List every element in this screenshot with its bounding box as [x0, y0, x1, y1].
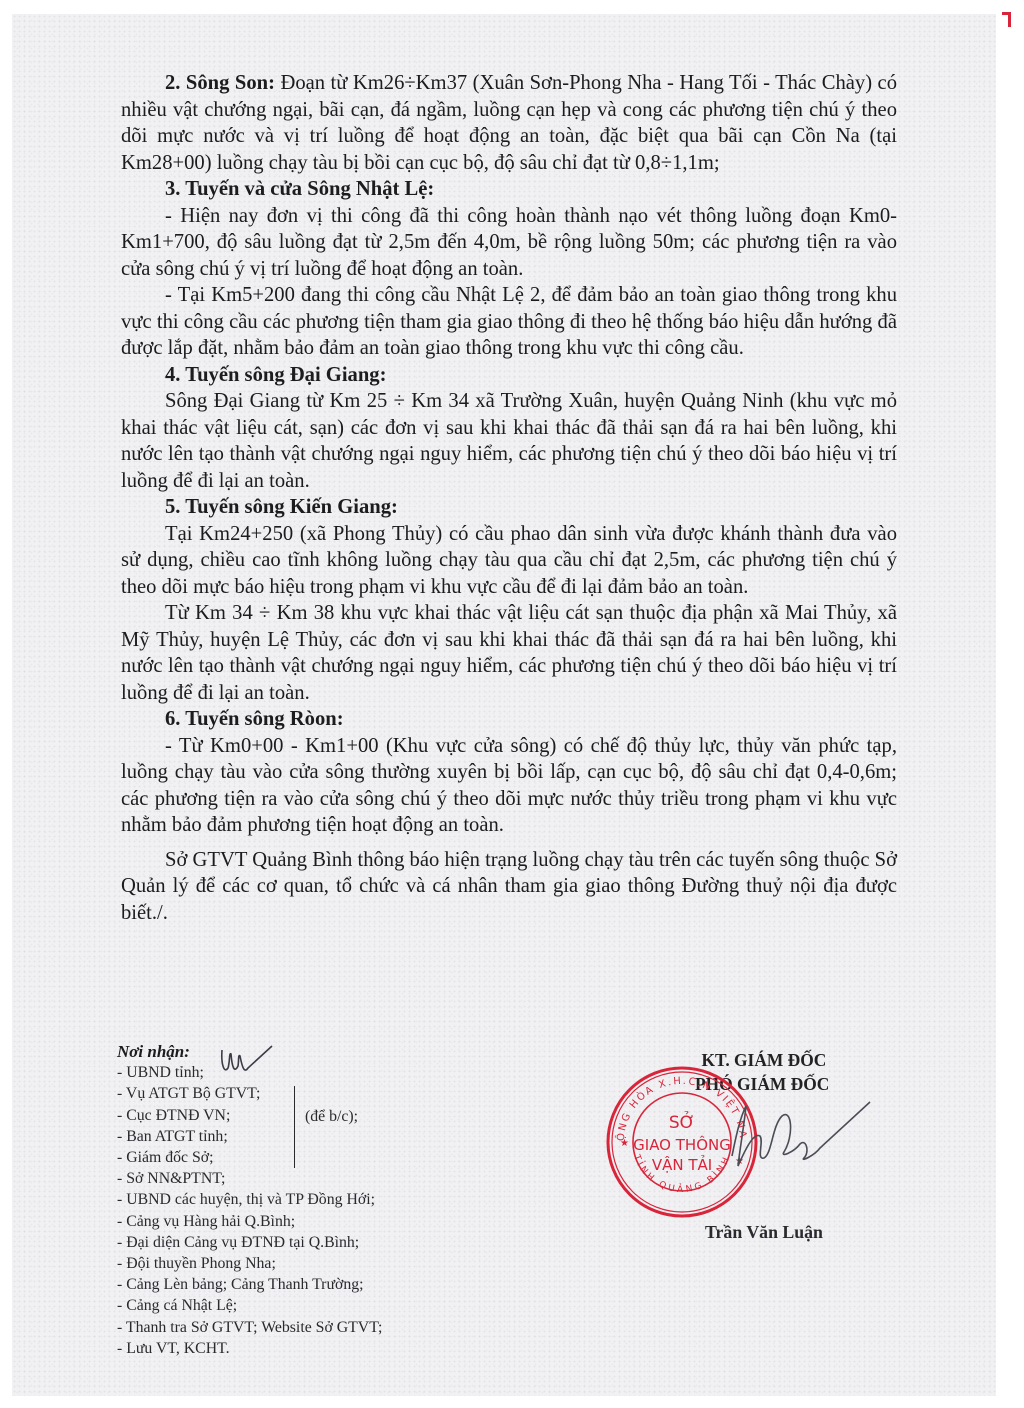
recipient-item: - Thanh tra Sở GTVT; Website Sở GTVT; [117, 1317, 382, 1338]
document-body: 2. Sông Son: Đoạn từ Km26÷Km37 (Xuân Sơn… [121, 70, 897, 926]
paragraph: - Từ Km0+00 - Km1+00 (Khu vực cửa sông) … [121, 733, 897, 839]
recipient-item: - Cảng vụ Hàng hải Q.Bình; [117, 1211, 382, 1232]
recipients-bracket [294, 1086, 295, 1168]
paragraph: Sông Đại Giang từ Km 25 ÷ Km 34 xã Trườn… [121, 388, 897, 494]
recipient-items: - UBND tỉnh;- Vụ ATGT Bộ GTVT;- Cục ĐTNĐ… [117, 1062, 382, 1359]
paragraph: Từ Km 34 ÷ Km 38 khu vực khai thác vật l… [121, 600, 897, 706]
section-song-son: 2. Sông Son: Đoạn từ Km26÷Km37 (Xuân Sơn… [121, 70, 897, 176]
recipient-item: - Đại diện Cảng vụ ĐTNĐ tại Q.Bình; [117, 1232, 382, 1253]
corner-mark [1002, 12, 1011, 27]
recipient-item: - Lưu VT, KCHT. [117, 1338, 382, 1359]
initials-mark-icon [218, 1044, 276, 1080]
section-heading-roon: 6. Tuyến sông Ròon: [121, 706, 897, 733]
paragraph: Tại Km24+250 (xã Phong Thủy) có cầu phao… [121, 521, 897, 601]
recipient-item: - Cảng cá Nhật Lệ; [117, 1295, 382, 1316]
recipient-item: - Đội thuyền Phong Nha; [117, 1253, 382, 1274]
section-heading-dai-giang: 4. Tuyến sông Đại Giang: [121, 362, 897, 389]
recipient-item: - Giám đốc Sở; [117, 1147, 382, 1168]
handwritten-signature-icon [724, 1096, 874, 1176]
paragraph: - Hiện nay đơn vị thi công đã thi công h… [121, 203, 897, 283]
recipient-item: - Ban ATGT tỉnh; [117, 1126, 382, 1147]
svg-text:SỞ: SỞ [669, 1110, 695, 1133]
bracket-note: (để b/c); [305, 1108, 358, 1126]
recipient-item: - Vụ ATGT Bộ GTVT; [117, 1083, 382, 1104]
section-heading-nhat-le: 3. Tuyến và cửa Sông Nhật Lệ: [121, 176, 897, 203]
recipient-item: - UBND các huyện, thị và TP Đồng Hới; [117, 1189, 382, 1210]
section-heading: 2. Sông Son: [165, 72, 275, 94]
recipients-list: Nơi nhận: - UBND tỉnh;- Vụ ATGT Bộ GTVT;… [117, 1041, 382, 1359]
signer-name: Trần Văn Luận [705, 1222, 823, 1243]
recipient-item: - Cảng Lèn bảng; Cảng Thanh Trường; [117, 1274, 382, 1295]
svg-text:VẬN TẢI: VẬN TẢI [652, 1154, 712, 1174]
svg-text:★: ★ [620, 1138, 629, 1149]
recipient-item: - Sở NN&PTNT; [117, 1168, 382, 1189]
paragraph: - Tại Km5+200 đang thi công cầu Nhật Lệ … [121, 282, 897, 362]
svg-text:GIAO THÔNG: GIAO THÔNG [633, 1135, 731, 1154]
closing-paragraph: Sở GTVT Quảng Bình thông báo hiện trạng … [121, 847, 897, 927]
section-heading-kien-giang: 5. Tuyến sông Kiến Giang: [121, 494, 897, 521]
